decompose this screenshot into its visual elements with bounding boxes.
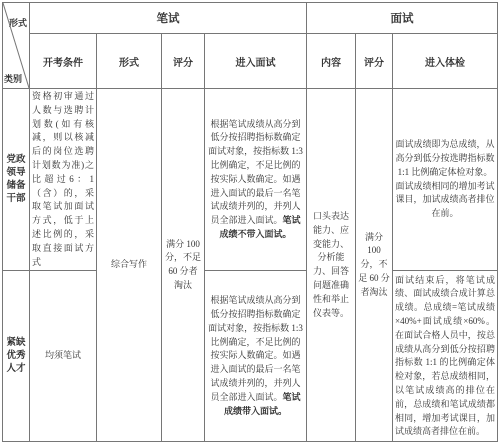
cell-interview-score-merged: 满分 100 分，不足 60 分者淘汰 — [356, 89, 393, 442]
cell-enter-interview-row2: 根据笔试成绩从高分到低分按招聘指标数确定面试对象，按指标数 1:3 比例确定，不… — [205, 271, 307, 442]
enter-interview-text-row1: 根据笔试成绩从高分到低分按招聘指标数确定面试对象，按指标数 1:3 比例确定，不… — [208, 119, 303, 226]
cell-interview-content-merged: 口头表达能力、应变能力、分析能力、回答问题准确性和举止仪表等。 — [307, 89, 356, 442]
header-exam-format: 形式 — [97, 34, 162, 89]
header-interview: 面试 — [307, 3, 498, 34]
header-interview-content: 内容 — [307, 34, 356, 89]
recruitment-exam-table: 形式 类别 笔试 面试 开考条件 形式 评分 进入面试 内容 评分 进入体检 党… — [2, 2, 498, 442]
corner-label-format: 形式 — [9, 16, 27, 29]
corner-cell: 形式 类别 — [3, 3, 30, 89]
cell-exam-condition-row2: 均须笔试 — [30, 271, 97, 442]
cell-exam-condition-row1: 资格初审通过人数与选聘计划数(如有核减，则以核减后的岗位选聘计划数为准)之比超过… — [30, 89, 97, 271]
cell-written-score-merged: 满分 100 分，不足 60 分者淘汰 — [162, 89, 205, 442]
cell-enter-interview-row1: 根据笔试成绩从高分到低分按招聘指标数确定面试对象，按指标数 1:3 比例确定，不… — [205, 89, 307, 271]
cell-enter-physical-row2: 面试结束后，将笔试成绩、面试成绩合成计算总成绩。总成绩=笔试成绩×40%+面试成… — [393, 271, 498, 442]
header-enter-physical: 进入体检 — [393, 34, 498, 89]
cell-category-scarce-talents: 紧缺优秀人才 — [3, 271, 30, 442]
corner-label-category: 类别 — [4, 72, 22, 85]
header-written-score: 评分 — [162, 34, 205, 89]
cell-category-reserve-cadres: 党政领导储备干部 — [3, 89, 30, 271]
header-interview-score: 评分 — [356, 34, 393, 89]
enter-interview-text-row2: 根据笔试成绩从高分到低分按招聘指标数确定面试对象，按指标数 1:3 比例确定，不… — [208, 295, 303, 402]
header-enter-interview: 进入面试 — [205, 34, 307, 89]
header-written-exam: 笔试 — [30, 3, 307, 34]
cell-exam-format-merged: 综合写作 — [97, 89, 162, 442]
cell-enter-physical-row1: 面试成绩即为总成绩，从高分到低分按选聘指标数 1:1 比例确定体检对象。面试成绩… — [393, 89, 498, 271]
header-exam-condition: 开考条件 — [30, 34, 97, 89]
